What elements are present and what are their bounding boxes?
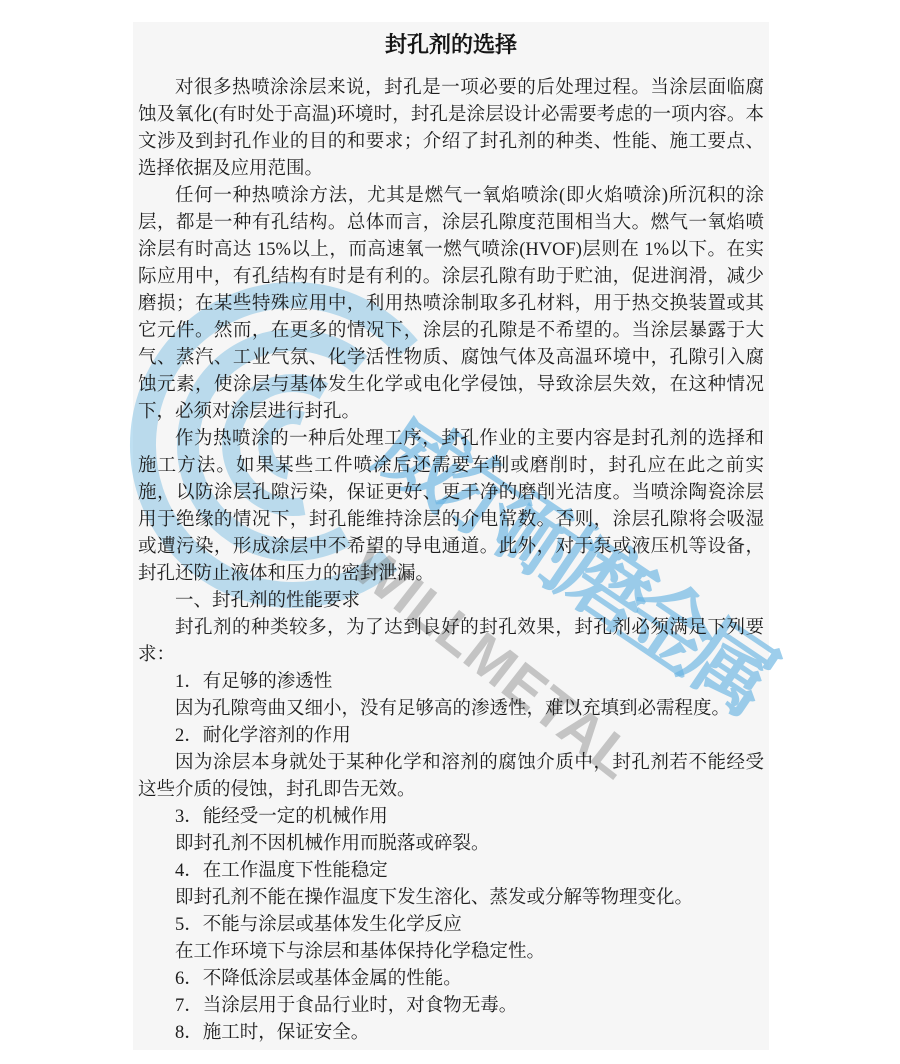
- body-paragraph: 8．施工时，保证安全。: [138, 1020, 764, 1047]
- body-paragraph: 作为热喷涂的一种后处理工序，封孔作业的主要内容是封孔剂的选择和施工方法。如果某些…: [138, 426, 764, 588]
- body-paragraph: 一、封孔剂的性能要求: [138, 588, 764, 615]
- body-paragraph: 对很多热喷涂涂层来说，封孔是一项必要的后处理过程。当涂层面临腐蚀及氧化(有时处于…: [138, 75, 764, 183]
- body-paragraph: 因为涂层本身就处于某种化学和溶剂的腐蚀介质中，封孔剂若不能经受这些介质的侵蚀，封…: [138, 750, 764, 804]
- body-paragraph: 在工作环境下与涂层和基体保持化学稳定性。: [138, 939, 764, 966]
- body-paragraph: 4．在工作温度下性能稳定: [138, 858, 764, 885]
- document-content: 封孔剂的选择 对很多热喷涂涂层来说，封孔是一项必要的后处理过程。当涂层面临腐蚀及…: [138, 32, 764, 1047]
- document-page: 威尔耐磨金属 WILLMETAL 封孔剂的选择 对很多热喷涂涂层来说，封孔是一项…: [133, 22, 769, 1050]
- body-paragraph: 3．能经受一定的机械作用: [138, 804, 764, 831]
- body-paragraph: 即封孔剂不能在操作温度下发生溶化、蒸发或分解等物理变化。: [138, 885, 764, 912]
- body-paragraph: 任何一种热喷涂方法，尤其是燃气一氧焰喷涂(即火焰喷涂)所沉积的涂层，都是一种有孔…: [138, 183, 764, 426]
- body-paragraph: 即封孔剂不因机械作用而脱落或碎裂。: [138, 831, 764, 858]
- body-paragraph: 2．耐化学溶剂的作用: [138, 723, 764, 750]
- body-paragraph: 6．不降低涂层或基体金属的性能。: [138, 966, 764, 993]
- body-paragraph: 5．不能与涂层或基体发生化学反应: [138, 912, 764, 939]
- body-paragraph: 封孔剂的种类较多，为了达到良好的封孔效果，封孔剂必须满足下列要求：: [138, 615, 764, 669]
- document-body: 对很多热喷涂涂层来说，封孔是一项必要的后处理过程。当涂层面临腐蚀及氧化(有时处于…: [138, 75, 764, 1047]
- document-title: 封孔剂的选择: [138, 32, 764, 58]
- body-paragraph: 因为孔隙弯曲又细小，没有足够高的渗透性，难以充填到必需程度。: [138, 696, 764, 723]
- body-paragraph: 7．当涂层用于食品行业时，对食物无毒。: [138, 993, 764, 1020]
- body-paragraph: 1．有足够的渗透性: [138, 669, 764, 696]
